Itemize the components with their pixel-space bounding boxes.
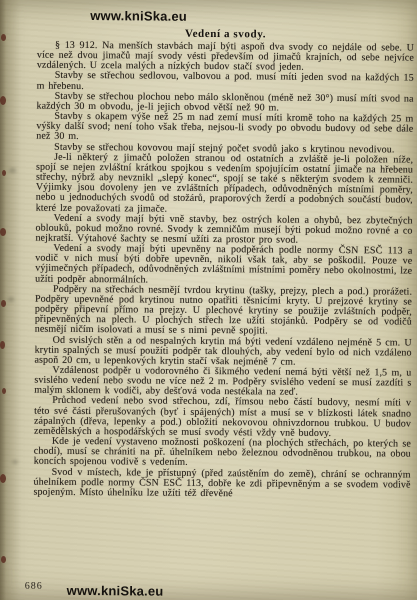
page-number: 686 [25,581,43,592]
paragraph: Stavby s okapem výše než 25 m nad zemí m… [36,112,413,145]
paragraph: Vedení a svody mají býti vně stavby, bez… [35,213,412,246]
scanned-book-page: www.kniSka.eu Vedení a svody. § 13 912. … [0,0,417,600]
body-text: § 13 912. Na menších stavbách mají býti … [33,41,414,501]
paragraph: Svod v místech, kde je přístupný (před z… [33,467,410,500]
page-footer: 686 www.kniSka.eu [0,579,415,600]
paragraph: Je-li některý z jimačů položen stranou o… [36,152,413,216]
watermark-site-footer: www.kniSka.eu [67,583,164,599]
paragraph: Kde je vedení vystaveno možnosti poškoze… [34,437,411,470]
paragraph: Průchod vedení nebo svod střechou, zdí, … [34,396,411,440]
paragraph: Od svislých stěn a od nespalných krytin … [34,335,411,368]
paragraph: Vzdálenost podpěr u vodorovného či šikmé… [34,366,411,399]
paragraph: Podpěry na střechách nesmějí tvrdou kryt… [35,284,412,338]
watermark-site-header: www.kniSka.eu [90,8,187,24]
paragraph: Vedení a svody mají býti upevněny na pod… [35,244,412,288]
paragraph: § 13 912. Na menších stavbách mají býti … [37,41,414,74]
